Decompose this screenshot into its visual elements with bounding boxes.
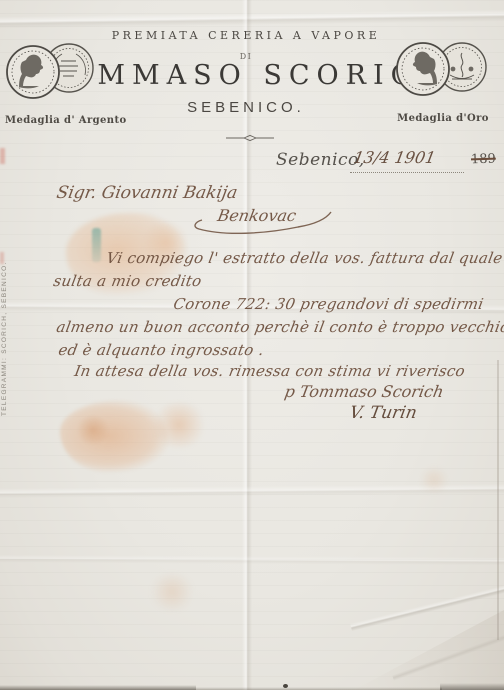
dateline-year-struck: 189	[471, 152, 496, 168]
teal-ink-mark	[92, 228, 101, 262]
ornamental-divider	[226, 127, 274, 146]
bottom-scan-edge-right	[440, 683, 504, 690]
gold-medal-caption: Medaglia d'Oro	[394, 113, 492, 124]
crease-diagonal-2	[392, 617, 504, 681]
signature-per-pro: p Tommaso Scorich	[283, 382, 445, 401]
signature-name: V. Turin	[348, 403, 418, 423]
dateline-dotted-rule	[350, 171, 464, 173]
edge-red-smudge-1	[0, 148, 5, 164]
stain-lower	[60, 400, 168, 472]
dateline-place-printed: Sebenico,	[276, 150, 365, 170]
dark-speck	[283, 684, 288, 688]
silver-medal-group: Medaglia d' Argento	[5, 36, 99, 126]
body-line-3: Corone 722: 30 pregandovi di spedirmi	[172, 295, 485, 313]
telegram-side-note: TELEGRAMMI: SCORICH, SEBENICO.	[1, 196, 12, 416]
crease-diagonal-1	[350, 573, 504, 632]
paper-right-edge	[497, 360, 499, 640]
corner-fold-wedge	[354, 610, 504, 690]
stain-faint-bottom	[148, 574, 196, 610]
body-line-5: ed è alquanto ingrossato .	[57, 341, 266, 359]
stain-lower-2	[150, 403, 208, 447]
recipient-name: Sigr. Giovanni Bakija	[55, 183, 239, 203]
silver-medal-caption: Medaglia d' Argento	[5, 115, 99, 126]
body-line-1: Vi compiego l' estratto della vos. fattu…	[105, 249, 504, 267]
benkovac-underline-flourish	[192, 210, 334, 240]
body-line-6: In attesa della vos. rimessa con stima v…	[73, 362, 467, 380]
letter-page: PREMIATA CERERIA A VAPORE DI TOMMASO SCO…	[0, 0, 504, 690]
crease-top	[0, 9, 504, 28]
crease-lower	[0, 484, 504, 499]
gold-medal-illustration	[394, 34, 492, 108]
dateline-date-handwritten: 13/4 1901	[352, 148, 437, 167]
stain-lower-core	[76, 416, 110, 444]
stain-faint-right	[418, 468, 450, 492]
crease-lower-2	[0, 555, 504, 566]
body-line-2: sulta a mio credito	[52, 272, 203, 290]
silver-medal-illustration	[5, 36, 99, 110]
gold-medal-group: Medaglia d'Oro	[394, 34, 492, 124]
body-line-4: almeno un buon acconto perchè il conto è…	[55, 318, 504, 336]
bottom-scan-edge-left	[0, 685, 196, 690]
